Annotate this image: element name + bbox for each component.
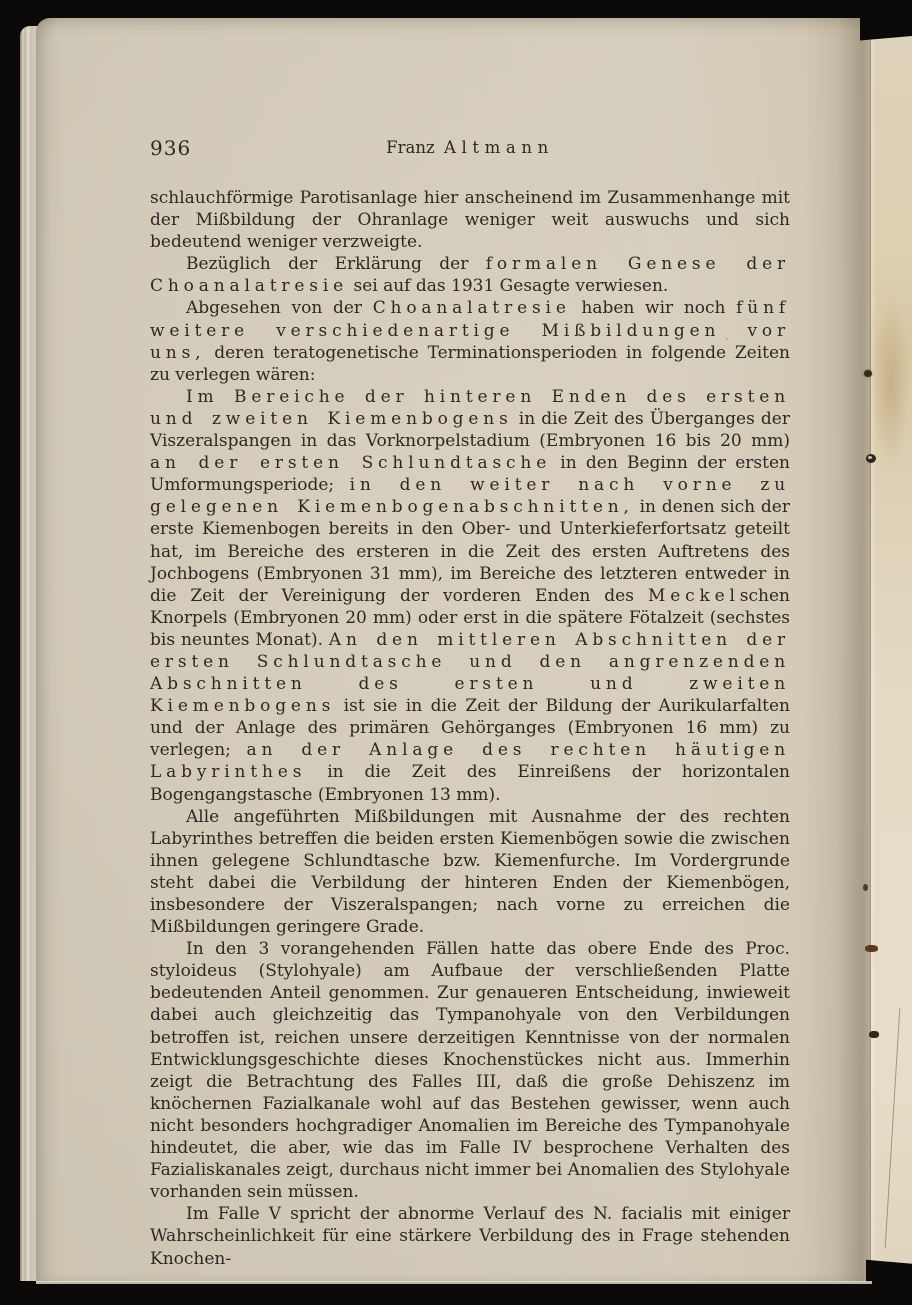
binding-stitch-mark — [866, 454, 876, 463]
paper-stain — [872, 298, 910, 468]
text-run: sei auf das 1931 Gesagte verwiesen. — [348, 276, 668, 296]
paragraph: schlauchförmige Parotisanlage hier ansch… — [150, 187, 790, 253]
paragraph: Bezüglich der Erklärung der formalen Gen… — [150, 253, 790, 297]
paragraph: Alle angeführten Mißbildungen mit Ausnah… — [150, 806, 790, 939]
text-run: deren teratogenetische Terminationsperio… — [150, 343, 790, 385]
text-column: 936 Franz Altmann schlauchförmige Paroti… — [150, 136, 790, 1270]
gutter-fold-shadow — [802, 18, 872, 1282]
book-scan: 936 Franz Altmann schlauchförmige Paroti… — [0, 0, 912, 1305]
page-number: 936 — [150, 136, 191, 160]
scan-corner-black-top-right — [860, 1, 912, 40]
text-run: schlauchförmige Parotisanlage hier ansch… — [150, 188, 790, 252]
paragraph: Abgesehen von der Choanalatresie haben w… — [150, 297, 790, 385]
author-first-name: Franz — [386, 138, 435, 157]
author-last-name: Altmann — [444, 138, 554, 157]
text-run: Bezüglich der Erklärung der — [186, 254, 486, 274]
text-run: haben wir noch — [571, 298, 736, 318]
paragraph: In den 3 vorangehenden Fällen hatte das … — [150, 938, 790, 1203]
spaced-emphasis-run: an der ersten Schlundtasche — [150, 453, 551, 473]
binding-stitch-mark — [865, 945, 878, 952]
paragraph: Im Falle V spricht der abnorme Verlauf d… — [150, 1203, 790, 1269]
text-run: In den 3 vorangehenden Fällen hatte das … — [150, 939, 790, 1202]
text-run: Im Falle V spricht der abnorme Verlauf d… — [150, 1204, 790, 1268]
facing-page-sliver — [870, 28, 912, 1266]
running-header-author: Franz Altmann — [150, 136, 790, 157]
binding-stitch-mark — [869, 1031, 879, 1038]
text-run: Abgesehen von der — [186, 298, 373, 318]
paragraph: Im Bereiche der hinteren Enden des erste… — [150, 386, 790, 806]
running-header: 936 Franz Altmann — [150, 136, 790, 160]
spaced-emphasis-run: Meckel — [648, 586, 740, 606]
binding-stitch-mark — [864, 370, 872, 377]
scanned-page: 936 Franz Altmann schlauchförmige Paroti… — [36, 18, 912, 1282]
scan-corner-black-bottom-right — [866, 1260, 912, 1301]
body-text: schlauchförmige Parotisanlage hier ansch… — [150, 187, 790, 1270]
text-run: Alle angeführten Mißbildungen mit Ausnah… — [150, 807, 790, 937]
spaced-emphasis-run: Choanalatresie — [373, 298, 571, 318]
binding-stitch-mark — [863, 884, 868, 891]
